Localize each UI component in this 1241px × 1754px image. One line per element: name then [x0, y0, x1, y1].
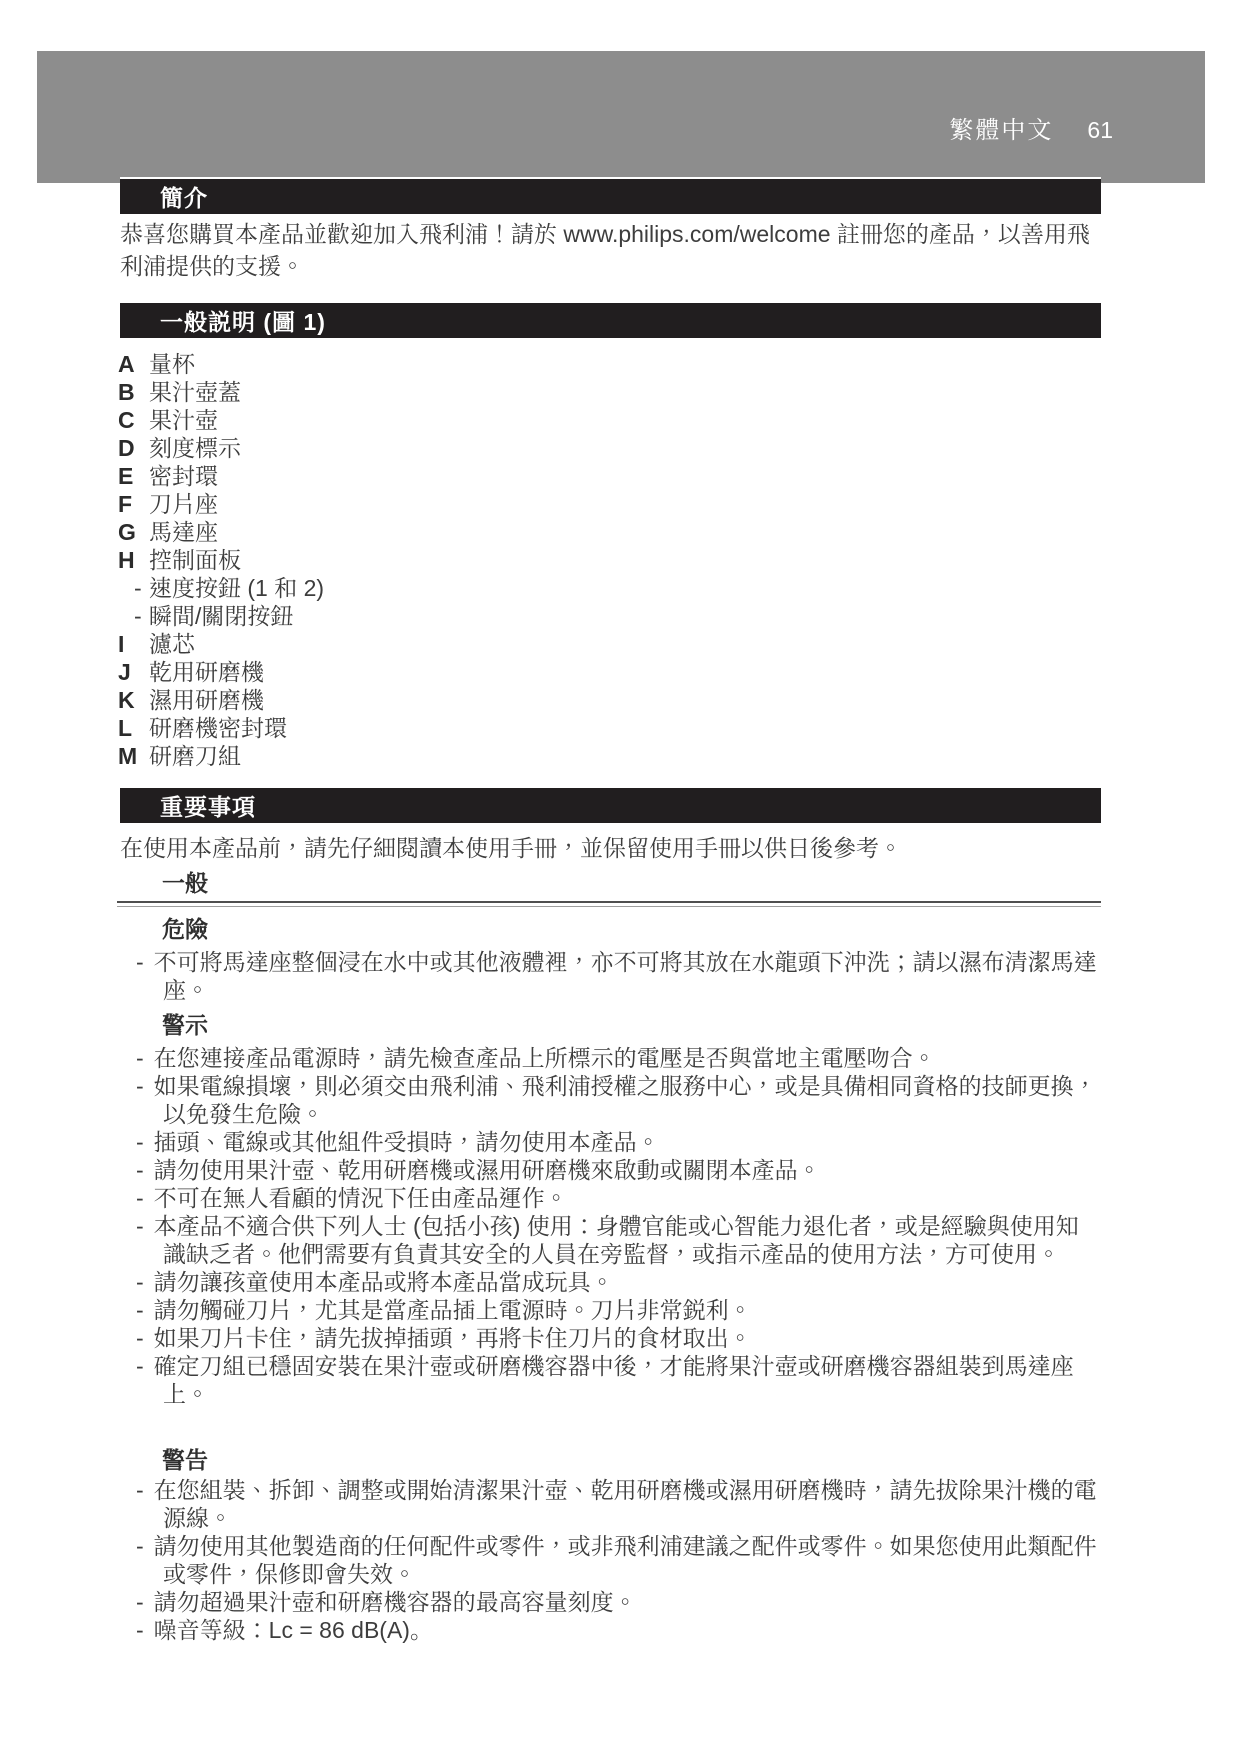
part-letter: C: [118, 406, 149, 434]
part-letter: -: [118, 602, 149, 630]
part-letter: F: [118, 490, 149, 518]
part-letter: K: [118, 686, 149, 714]
intro-paragraph: 恭喜您購買本產品並歡迎加入飛利浦！請於 www.philips.com/welc…: [120, 219, 1101, 282]
parts-list-item: I 濾芯: [118, 630, 1101, 658]
part-letter: M: [118, 742, 149, 770]
subsection-heading-general: 一般: [120, 869, 1101, 897]
subsection-heading-warning: 警告: [120, 1446, 1101, 1474]
part-label: 量杯: [149, 350, 195, 378]
parts-list-item: - 瞬間/關閉按鈕: [118, 602, 1101, 630]
part-letter: -: [118, 574, 149, 602]
part-letter: G: [118, 518, 149, 546]
warning-list-item: 請勿超過果汁壺和研磨機容器的最高容量刻度。: [120, 1588, 1101, 1616]
page-header-text: 繁體中文 61: [949, 110, 1113, 145]
parts-list-item: B 果汁壺蓋: [118, 378, 1101, 406]
parts-list: A 量杯 B 果汁壺蓋 C 果汁壺 D 刻度標示 E 密封環 F 刀片座 G 馬…: [118, 350, 1101, 770]
part-label: 馬達座: [149, 518, 218, 546]
danger-list-item: 不可將馬達座整個浸在水中或其他液體裡，亦不可將其放在水龍頭下沖洗；請以濕布清潔馬…: [120, 948, 1101, 1004]
part-label: 研磨機密封環: [149, 714, 287, 742]
part-letter: L: [118, 714, 149, 742]
part-label: 果汁壺蓋: [149, 378, 241, 406]
parts-list-item: K 濕用研磨機: [118, 686, 1101, 714]
warning-list: 在您組裝、拆卸、調整或開始清潔果汁壺、乾用研磨機或濕用研磨機時，請先拔除果汁機的…: [120, 1476, 1101, 1644]
part-letter: E: [118, 462, 149, 490]
warning-list-item: 請勿使用其他製造商的任何配件或零件，或非飛利浦建議之配件或零件。如果您使用此類配…: [120, 1532, 1101, 1588]
part-label: 瞬間/關閉按鈕: [149, 602, 293, 630]
important-paragraph: 在使用本產品前，請先仔細閱讀本使用手冊，並保留使用手冊以供日後參考。: [120, 833, 1101, 865]
parts-list-item: J 乾用研磨機: [118, 658, 1101, 686]
parts-list-item: M 研磨刀組: [118, 742, 1101, 770]
caution-list-item: 不可在無人看顧的情況下任由產品運作。: [120, 1184, 1101, 1212]
part-label: 果汁壺: [149, 406, 218, 434]
part-letter: H: [118, 546, 149, 574]
part-label: 控制面板: [149, 546, 241, 574]
manual-page: 繁體中文 61 簡介 恭喜您購買本產品並歡迎加入飛利浦！請於 www.phili…: [0, 0, 1241, 1754]
language-label: 繁體中文: [949, 110, 1053, 145]
part-letter: J: [118, 658, 149, 686]
parts-list-item: A 量杯: [118, 350, 1101, 378]
parts-list-item: D 刻度標示: [118, 434, 1101, 462]
caution-list-item: 在您連接產品電源時，請先檢查產品上所標示的電壓是否與當地主電壓吻合。: [120, 1044, 1101, 1072]
part-letter: A: [118, 350, 149, 378]
section-title: 簡介: [160, 180, 208, 213]
page-header-banner: 繁體中文 61: [37, 51, 1205, 183]
page-number: 61: [1087, 117, 1113, 144]
warning-list-item: 在您組裝、拆卸、調整或開始清潔果汁壺、乾用研磨機或濕用研磨機時，請先拔除果汁機的…: [120, 1476, 1101, 1532]
parts-list-item: H 控制面板: [118, 546, 1101, 574]
part-label: 密封環: [149, 462, 218, 490]
part-label: 速度按鈕 (1 和 2): [149, 574, 324, 602]
section-header-important: 重要事項: [120, 786, 1101, 823]
part-label: 刻度標示: [149, 434, 241, 462]
parts-list-item: E 密封環: [118, 462, 1101, 490]
section-title: 重要事項: [160, 789, 256, 822]
parts-list-item: - 速度按鈕 (1 和 2): [118, 574, 1101, 602]
section-header-general-description: 一般説明 (圖 1): [120, 301, 1101, 338]
part-letter: D: [118, 434, 149, 462]
caution-list-item: 確定刀組已穩固安裝在果汁壺或研磨機容器中後，才能將果汁壺或研磨機容器組裝到馬達座…: [120, 1352, 1101, 1408]
subsection-heading-caution: 警示: [120, 1011, 1101, 1039]
part-label: 乾用研磨機: [149, 658, 264, 686]
parts-list-item: F 刀片座: [118, 490, 1101, 518]
section-title: 一般説明 (圖 1): [160, 304, 326, 337]
part-label: 濾芯: [149, 630, 195, 658]
caution-list-item: 請勿使用果汁壺、乾用研磨機或濕用研磨機來啟動或關閉本產品。: [120, 1156, 1101, 1184]
subsection-heading-danger: 危險: [120, 915, 1101, 943]
warning-list-item: 噪音等級：Lc = 86 dB(A)。: [120, 1616, 1101, 1644]
caution-list-item: 請勿讓孩童使用本產品或將本產品當成玩具。: [120, 1268, 1101, 1296]
caution-list: 在您連接產品電源時，請先檢查產品上所標示的電壓是否與當地主電壓吻合。如果電線損壞…: [120, 1044, 1101, 1408]
part-label: 刀片座: [149, 490, 218, 518]
parts-list-item: C 果汁壺: [118, 406, 1101, 434]
parts-list-item: G 馬達座: [118, 518, 1101, 546]
caution-list-item: 請勿觸碰刀片，尤其是當產品插上電源時。刀片非常鋭利。: [120, 1296, 1101, 1324]
part-letter: I: [118, 630, 149, 658]
parts-list-item: L 研磨機密封環: [118, 714, 1101, 742]
caution-list-item: 如果電線損壞，則必須交由飛利浦、飛利浦授權之服務中心，或是具備相同資格的技師更換…: [120, 1072, 1101, 1128]
caution-list-item: 如果刀片卡住，請先拔掉插頭，再將卡住刀片的食材取出。: [120, 1324, 1101, 1352]
part-letter: B: [118, 378, 149, 406]
part-label: 濕用研磨機: [149, 686, 264, 714]
section-header-intro: 簡介: [120, 177, 1101, 214]
part-label: 研磨刀組: [149, 742, 241, 770]
danger-list: 不可將馬達座整個浸在水中或其他液體裡，亦不可將其放在水龍頭下沖洗；請以濕布清潔馬…: [120, 948, 1101, 1004]
caution-list-item: 插頭、電線或其他組件受損時，請勿使用本產品。: [120, 1128, 1101, 1156]
caution-list-item: 本產品不適合供下列人士 (包括小孩) 使用：身體官能或心智能力退化者，或是經驗與…: [120, 1212, 1101, 1268]
section-divider-rule: [117, 901, 1101, 907]
